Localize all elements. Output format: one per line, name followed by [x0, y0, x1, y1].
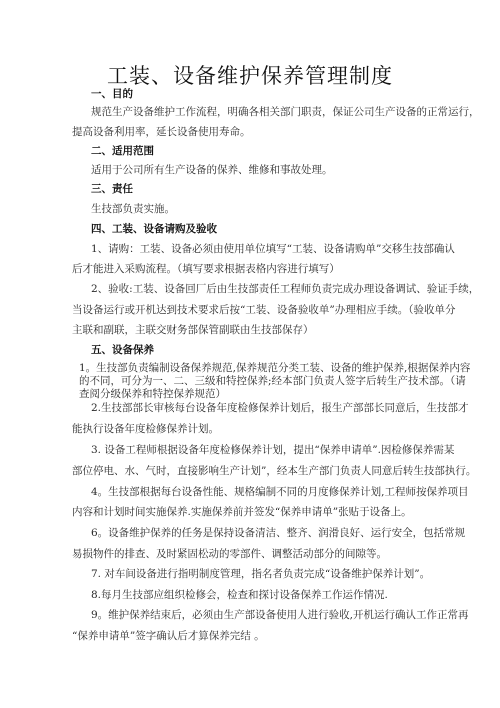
paragraph-line: 2.生技部部长审核每台设备年度检修保养计划后，报生产部部长同意后，生技部才 — [91, 402, 469, 415]
section-heading-maintenance: 五、设备保养 — [91, 344, 154, 357]
paragraph-line: 9。维护保养结束后，必须由生产部设备使用人进行验收,开机运行确认工作正常再 — [91, 609, 469, 622]
document-title: 工装、设备维护保养管理制度 — [0, 60, 500, 90]
paragraph-line: 规范生产设备维护工作流程，明确各相关部门职责，保证公司生产设备的正常运行， — [91, 106, 480, 119]
paragraph-line: 6。设备维护保养的任务是保持设备清洁、整齐、润滑良好、运行安全，包括常规 — [91, 527, 465, 540]
paragraph-line: 当设备运行或开机达到技术要求后按“工装、设备验收单”办理相应手续。（验收单分 — [72, 304, 455, 317]
section-heading-scope: 二、适用范围 — [91, 145, 154, 158]
paragraph-line: 3. 设备工程师根据设备年度检修保养计划，提出“保养申请单”.因检修保养需某 — [91, 444, 454, 457]
paragraph-line: 后才能进入采购流程。（填写要求根据表格内容进行填写） — [72, 263, 340, 276]
paragraph-line: 易损物件的排查、及时紧固松动的零部件、调整活动部分的间隙等。 — [72, 548, 387, 561]
paragraph-line: 适用于公司所有生产设备的保养、维修和事故处理。 — [91, 164, 333, 177]
paragraph-line: 生技部负责实施。 — [91, 203, 175, 216]
paragraph-line: 2、验收:工装、设备回厂后由生技部责任工程师负责完成办理设备调试、验证手续， — [91, 283, 479, 296]
paragraph-line: 4。生技部根据每台设备性能、规格编制不同的月度修保养计划,工程师按保养项目 — [91, 486, 469, 499]
section-heading-responsibility: 三、责任 — [91, 183, 133, 196]
paragraph-line: 内容和计划时间实施保养.实施保养前并签发“保养申请单”张贴于设备上。 — [72, 506, 412, 519]
section-heading-purchase: 四、工装、设备请购及验收 — [91, 223, 217, 236]
paragraph-line: 主联和副联，主联交财务部保管副联由生技部保存） — [72, 324, 314, 337]
paragraph-line: 能执行设备年度检修保养计划。 — [72, 423, 219, 436]
paragraph-line: 的不同，可分为一、二、三级和特控保养;经本部门负责人签字后转生产技术部。（请 — [79, 375, 466, 388]
paragraph-line: 1、请购：工装、设备必须由使用单位填写“工装、设备请购单”交移生技部确认 — [91, 243, 455, 256]
paragraph-line: “保养申请单”签字确认后才算保养完结 。 — [72, 630, 265, 643]
section-heading-purpose: 一、目的 — [91, 88, 133, 101]
paragraph-line: 提高设备利用率，延长设备使用寿命。 — [72, 126, 251, 139]
paragraph-line: 部位停电、水、气时，直接影响生产计划”，经本生产部门负责人同意后转生技部执行。 — [72, 465, 476, 478]
paragraph-line: 1。生技部负责编制设备保养规范,保养规范分类工装、设备的维护保养,根据保养内容 — [79, 362, 470, 375]
paragraph-line: 8.每月生技部应组织检修会，检查和探讨设备保养工作运作情况. — [91, 589, 388, 602]
paragraph-line: 7. 对车间设备进行指明制度管理，指名者负责完成“设备维护保养计划”。 — [91, 568, 430, 581]
paragraph-line: 查阅分级保养和特控保养规范） — [79, 388, 226, 401]
